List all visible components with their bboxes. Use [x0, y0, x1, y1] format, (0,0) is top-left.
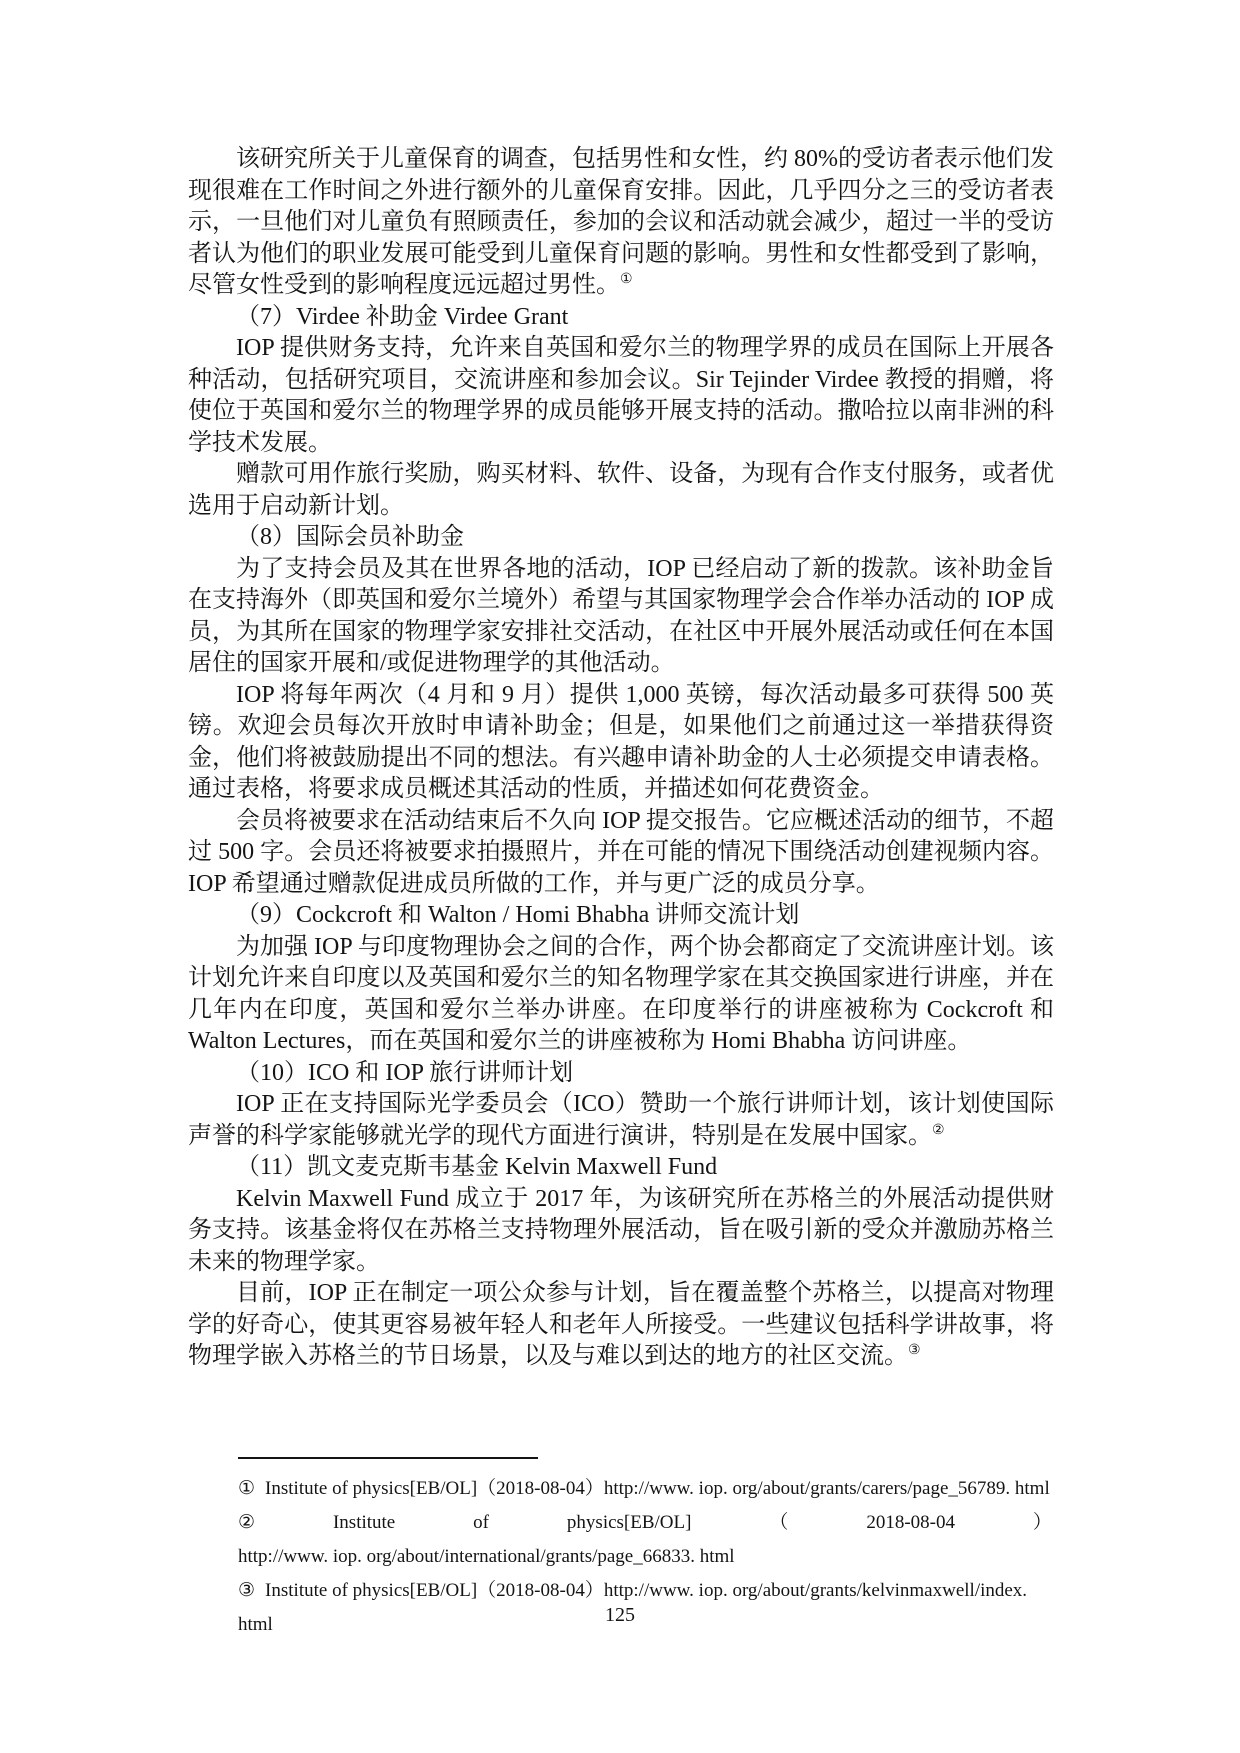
- paragraph: 目前，IOP 正在制定一项公众参与计划，旨在覆盖整个苏格兰，以提高对物理学的好奇…: [188, 1278, 1054, 1373]
- footnote-url: http://www. iop. org/about/international…: [238, 1540, 1052, 1574]
- footnote-ref: ②: [932, 1123, 945, 1138]
- section-heading: （8）国际会员补助金: [188, 522, 1054, 554]
- section-heading: （7）Virdee 补助金 Virdee Grant: [188, 302, 1054, 334]
- paragraph: 为加强 IOP 与印度物理协会之间的合作，两个协会都商定了交流讲座计划。该计划允…: [188, 932, 1054, 1058]
- paragraph: 赠款可用作旅行奖励，购买材料、软件、设备，为现有合作支付服务，或者优选用于启动新…: [188, 459, 1054, 522]
- paragraph: 为了支持会员及其在世界各地的活动，IOP 已经启动了新的拨款。该补助金旨在支持海…: [188, 554, 1054, 680]
- footnote-ref: ③: [908, 1343, 921, 1358]
- paragraph: Kelvin Maxwell Fund 成立于 2017 年，为该研究所在苏格兰…: [188, 1184, 1054, 1279]
- footnote-word: ）: [1033, 1506, 1052, 1540]
- footnote-separator: [238, 1457, 538, 1459]
- footnote: ②Instituteofphysics[EB/OL]（2018-08-04）ht…: [238, 1506, 1052, 1574]
- footnote: ①Institute of physics[EB/OL]（2018-08-04）…: [238, 1472, 1052, 1506]
- paragraph: 会员将被要求在活动结束后不久向 IOP 提交报告。它应概述活动的细节，不超过 5…: [188, 806, 1054, 901]
- footnote-marker: ③: [238, 1580, 255, 1601]
- footnote-word: of: [473, 1506, 489, 1540]
- document-page: 该研究所关于儿童保育的调查，包括男性和女性，约 80%的受访者表示他们发现很难在…: [0, 0, 1240, 1753]
- page-number: 125: [0, 1604, 1240, 1627]
- paragraph: IOP 将每年两次（4 月和 9 月）提供 1,000 英镑，每次活动最多可获得…: [188, 680, 1054, 806]
- footnote-word: Institute: [333, 1506, 395, 1540]
- section-heading: （9）Cockcroft 和 Walton / Homi Bhabha 讲师交流…: [188, 900, 1054, 932]
- paragraph: IOP 提供财务支持，允许来自英国和爱尔兰的物理学界的成员在国际上开展各种活动，…: [188, 333, 1054, 459]
- footnote-marker: ①: [238, 1478, 255, 1499]
- paragraph: IOP 正在支持国际光学委员会（ICO）赞助一个旅行讲师计划，该计划使国际声誉的…: [188, 1089, 1054, 1152]
- document-body: 该研究所关于儿童保育的调查，包括男性和女性，约 80%的受访者表示他们发现很难在…: [188, 144, 1054, 1373]
- footnote-ref: ①: [620, 272, 633, 287]
- paragraph: 该研究所关于儿童保育的调查，包括男性和女性，约 80%的受访者表示他们发现很难在…: [188, 144, 1054, 302]
- footnote-marker: ②: [238, 1506, 255, 1540]
- section-heading: （11）凯文麦克斯韦基金 Kelvin Maxwell Fund: [188, 1152, 1054, 1184]
- footnote-word: （: [769, 1506, 788, 1540]
- footnote-justified-line: ②Instituteofphysics[EB/OL]（2018-08-04）: [238, 1506, 1052, 1540]
- section-heading: （10）ICO 和 IOP 旅行讲师计划: [188, 1058, 1054, 1090]
- footnote-word: physics[EB/OL]: [567, 1506, 692, 1540]
- footnote-word: 2018-08-04: [866, 1506, 955, 1540]
